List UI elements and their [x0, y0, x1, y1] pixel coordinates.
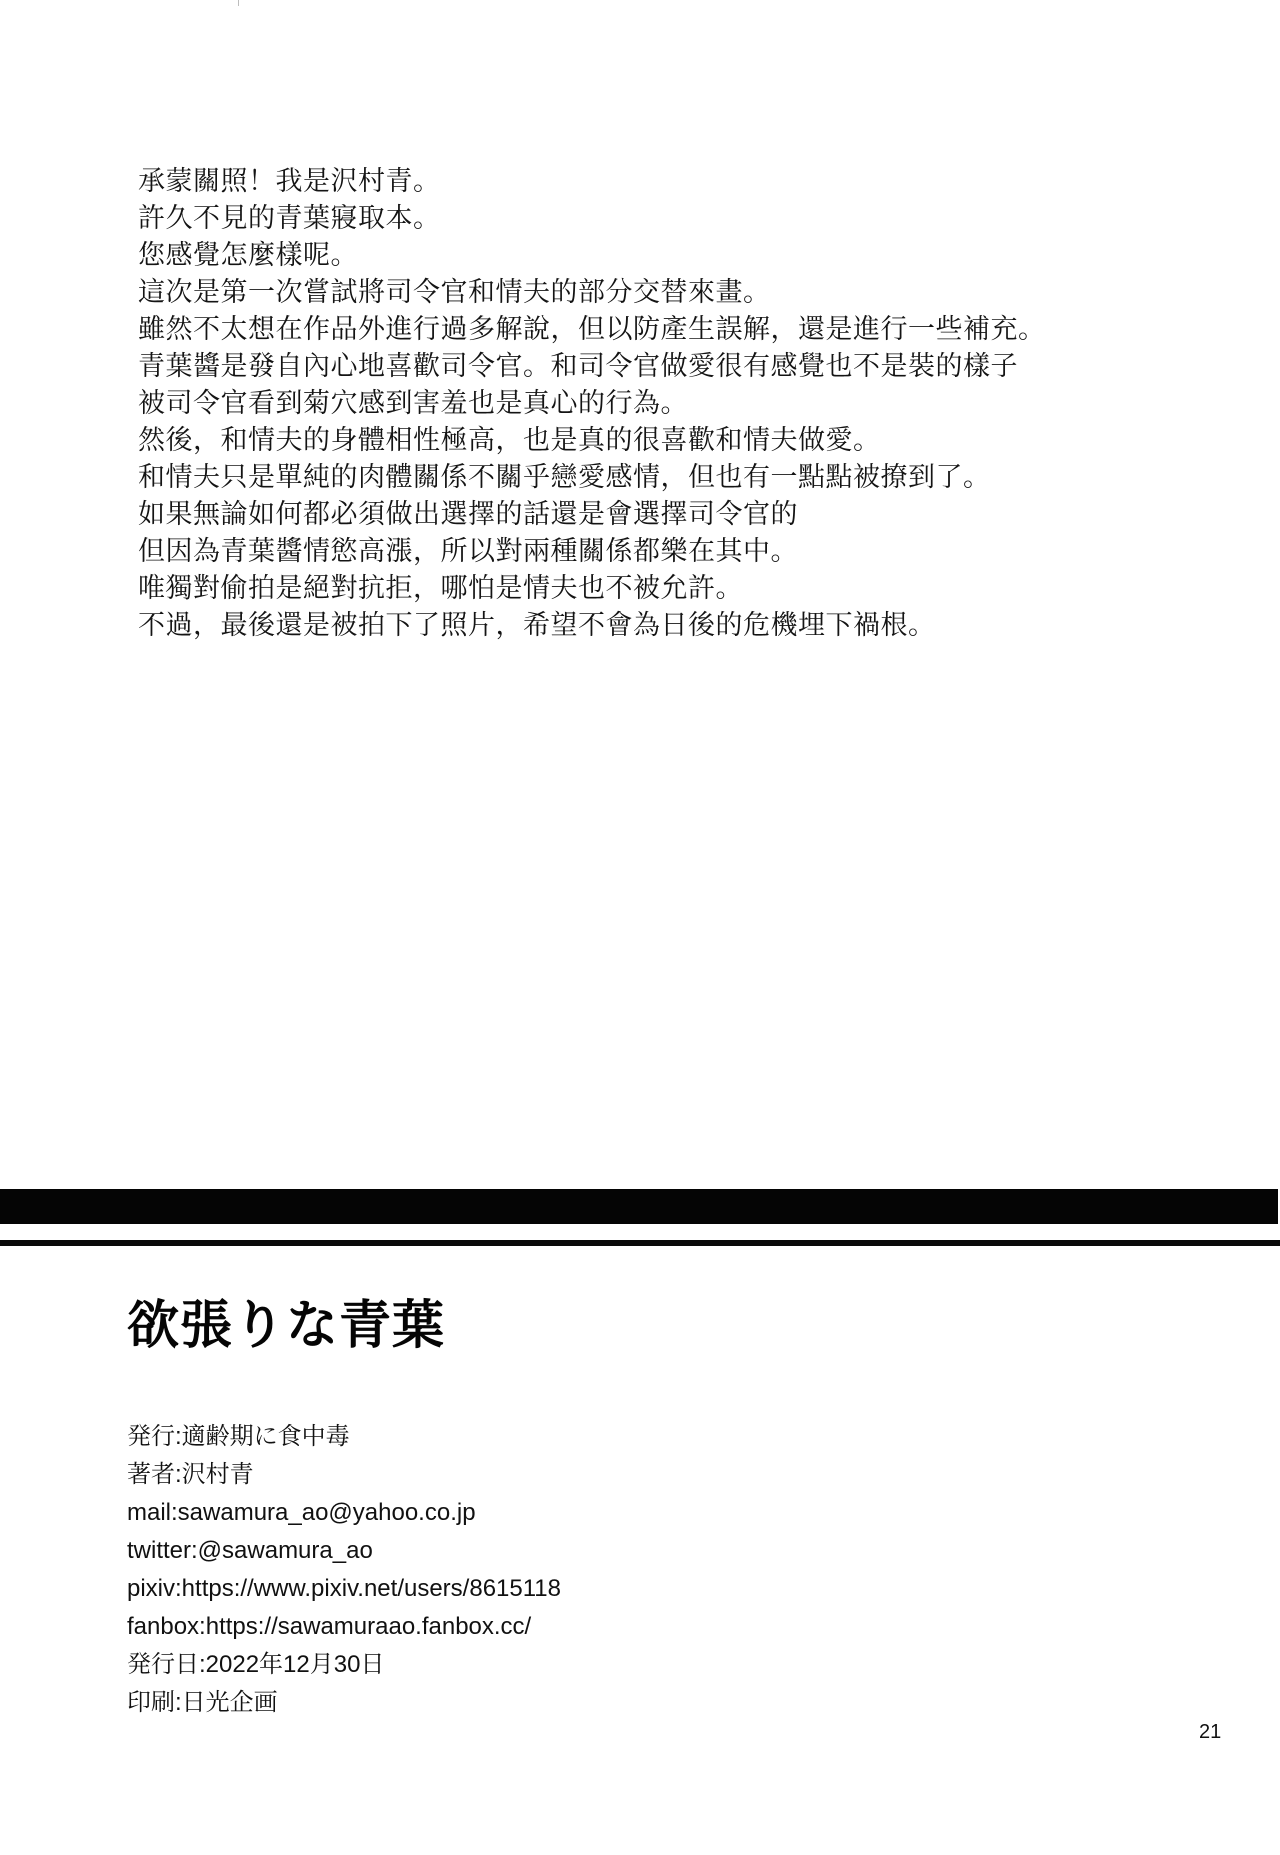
scan-edge-mark — [238, 0, 239, 6]
author-row: 著者:沢村青 — [127, 1456, 1027, 1494]
colophon-divider-thick — [0, 1189, 1278, 1224]
afterword-line: 不過，最後還是被拍下了照片，希望不會為日後的危機埋下禍根。 — [138, 607, 1158, 644]
twitter-row: twitter:@sawamura_ao — [127, 1532, 1027, 1570]
afterword-line: 唯獨對偷拍是絕對抗拒，哪怕是情夫也不被允許。 — [138, 570, 1158, 607]
publisher-row: 発行:適齢期に食中毒 — [127, 1418, 1027, 1456]
afterword-line: 青葉醬是發自內心地喜歡司令官。和司令官做愛很有感覺也不是裝的樣子 — [138, 348, 1158, 385]
colophon-divider-thin — [0, 1240, 1280, 1246]
afterword-line: 但因為青葉醬情慾高漲，所以對兩種關係都樂在其中。 — [138, 533, 1158, 570]
afterword-line: 這次是第一次嘗試將司令官和情夫的部分交替來畫。 — [138, 274, 1158, 311]
page-number: 21 — [1199, 1720, 1221, 1744]
fanbox-row: fanbox:https://sawamuraao.fanbox.cc/ — [127, 1608, 1027, 1646]
colophon-info-block: 発行:適齢期に食中毒 著者:沢村青 mail:sawamura_ao@yahoo… — [127, 1418, 1027, 1722]
afterword-line: 雖然不太想在作品外進行過多解說，但以防產生誤解，還是進行一些補充。 — [138, 311, 1158, 348]
afterword-text-block: 承蒙關照！我是沢村青。 許久不見的青葉寢取本。 您感覺怎麼樣呢。 這次是第一次嘗… — [138, 163, 1158, 644]
afterword-line: 承蒙關照！我是沢村青。 — [138, 163, 1158, 200]
mail-row: mail:sawamura_ao@yahoo.co.jp — [127, 1494, 1027, 1532]
afterword-line: 和情夫只是單純的肉體關係不關乎戀愛感情，但也有一點點被撩到了。 — [138, 459, 1158, 496]
pixiv-row: pixiv:https://www.pixiv.net/users/861511… — [127, 1570, 1027, 1608]
book-title: 欲張りな青葉 — [127, 1296, 445, 1356]
afterword-line: 許久不見的青葉寢取本。 — [138, 200, 1158, 237]
afterword-line: 如果無論如何都必須做出選擇的話還是會選擇司令官的 — [138, 496, 1158, 533]
afterword-line: 您感覺怎麼樣呢。 — [138, 237, 1158, 274]
printer-row: 印刷:日光企画 — [127, 1684, 1027, 1722]
afterword-line: 然後，和情夫的身體相性極高，也是真的很喜歡和情夫做愛。 — [138, 422, 1158, 459]
publish-date-row: 発行日:2022年12月30日 — [127, 1646, 1027, 1684]
afterword-line: 被司令官看到菊穴感到害羞也是真心的行為。 — [138, 385, 1158, 422]
